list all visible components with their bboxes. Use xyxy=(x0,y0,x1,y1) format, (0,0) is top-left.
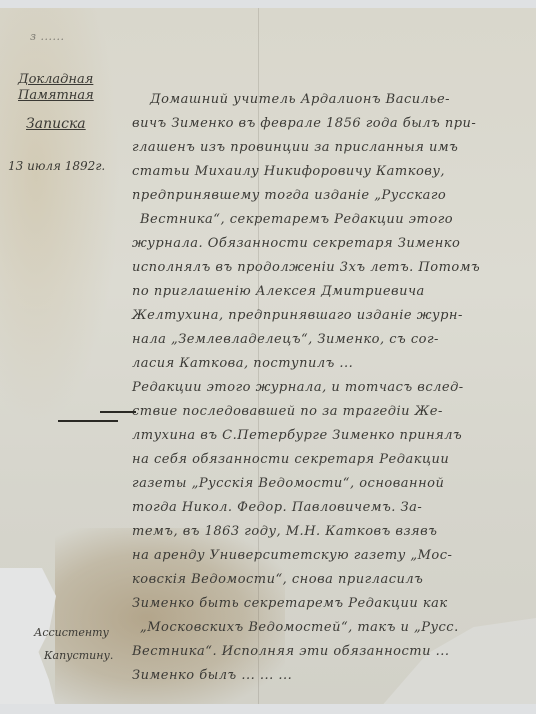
body-line-7: журнала. Обязанности секретаря Зименко xyxy=(132,236,460,251)
body-line-6: Вестника“, секретаремъ Редакции этого xyxy=(140,212,453,227)
body-line-4: статьи Михаилу Никифоровичу Каткову, xyxy=(132,164,445,179)
body-line-24: Вестника“. Исполняя эти обязанности ... xyxy=(132,644,450,659)
top-faint-line: з ...... xyxy=(30,30,64,43)
body-line-18: тогда Никол. Федор. Павловичемъ. За- xyxy=(132,500,422,515)
body-line-17: газеты „Русскiя Ведомости“, основанной xyxy=(132,476,444,491)
body-line-19: темъ, въ 1863 году, М.Н. Катковъ взявъ xyxy=(132,524,437,539)
body-line-9: по приглашенiю Алексея Дмитриевича xyxy=(132,284,425,299)
body-line-2: вичъ Зименко въ феврале 1856 года былъ п… xyxy=(132,116,476,131)
margin-note-1: Ассистенту xyxy=(34,626,109,639)
body-line-22: Зименко быть секретаремъ Редакции как xyxy=(132,596,448,611)
paper-stain xyxy=(0,8,120,428)
body-line-23: „Московскихъ Ведомостей“, такъ и „Русс. xyxy=(140,620,459,635)
body-line-16: на себя обязанности секретаря Редакции xyxy=(132,452,449,467)
body-line-25: Зименко былъ ... ... ... xyxy=(132,668,292,683)
body-line-20: на аренду Университетскую газету „Мос- xyxy=(132,548,452,563)
body-line-8: исполнялъ въ продолженiи 3хъ летъ. Потом… xyxy=(132,260,480,275)
body-line-15: лтухина въ С.Петербурге Зименко принялъ xyxy=(132,428,462,443)
body-line-3: глашенъ изъ провинции за присланныя имъ xyxy=(132,140,458,155)
body-line-14: ствие последовавшей по за трагедiи Же- xyxy=(132,404,443,419)
margin-title-2: Памятная xyxy=(18,88,94,103)
body-line-21: ковскiя Ведомости“, снова пригласилъ xyxy=(132,572,423,587)
body-line-10: Желтухина, предпринявшаго изданiе журн- xyxy=(132,308,463,323)
margin-date: 13 июля 1892г. xyxy=(8,159,105,173)
body-line-13: Редакции этого журнала, и тотчасъ вслед- xyxy=(132,380,464,395)
ink-stroke xyxy=(100,411,136,413)
body-line-11: нала „Землевладелецъ“, Зименко, съ сог- xyxy=(132,332,439,347)
body-line-1: Домашний учитель Ардалионъ Василье- xyxy=(150,92,450,107)
ink-stroke xyxy=(58,420,118,422)
manuscript-page: з ...... Докладная Памятная Записка 13 и… xyxy=(0,8,536,704)
body-line-12: ласия Каткова, поступилъ ... xyxy=(132,356,353,371)
margin-title-1: Докладная xyxy=(18,72,93,87)
margin-title-3: Записка xyxy=(26,116,86,132)
body-line-5: предпринявшему тогда изданiе „Русскаго xyxy=(132,188,446,203)
margin-note-2: Капустину. xyxy=(44,649,113,662)
